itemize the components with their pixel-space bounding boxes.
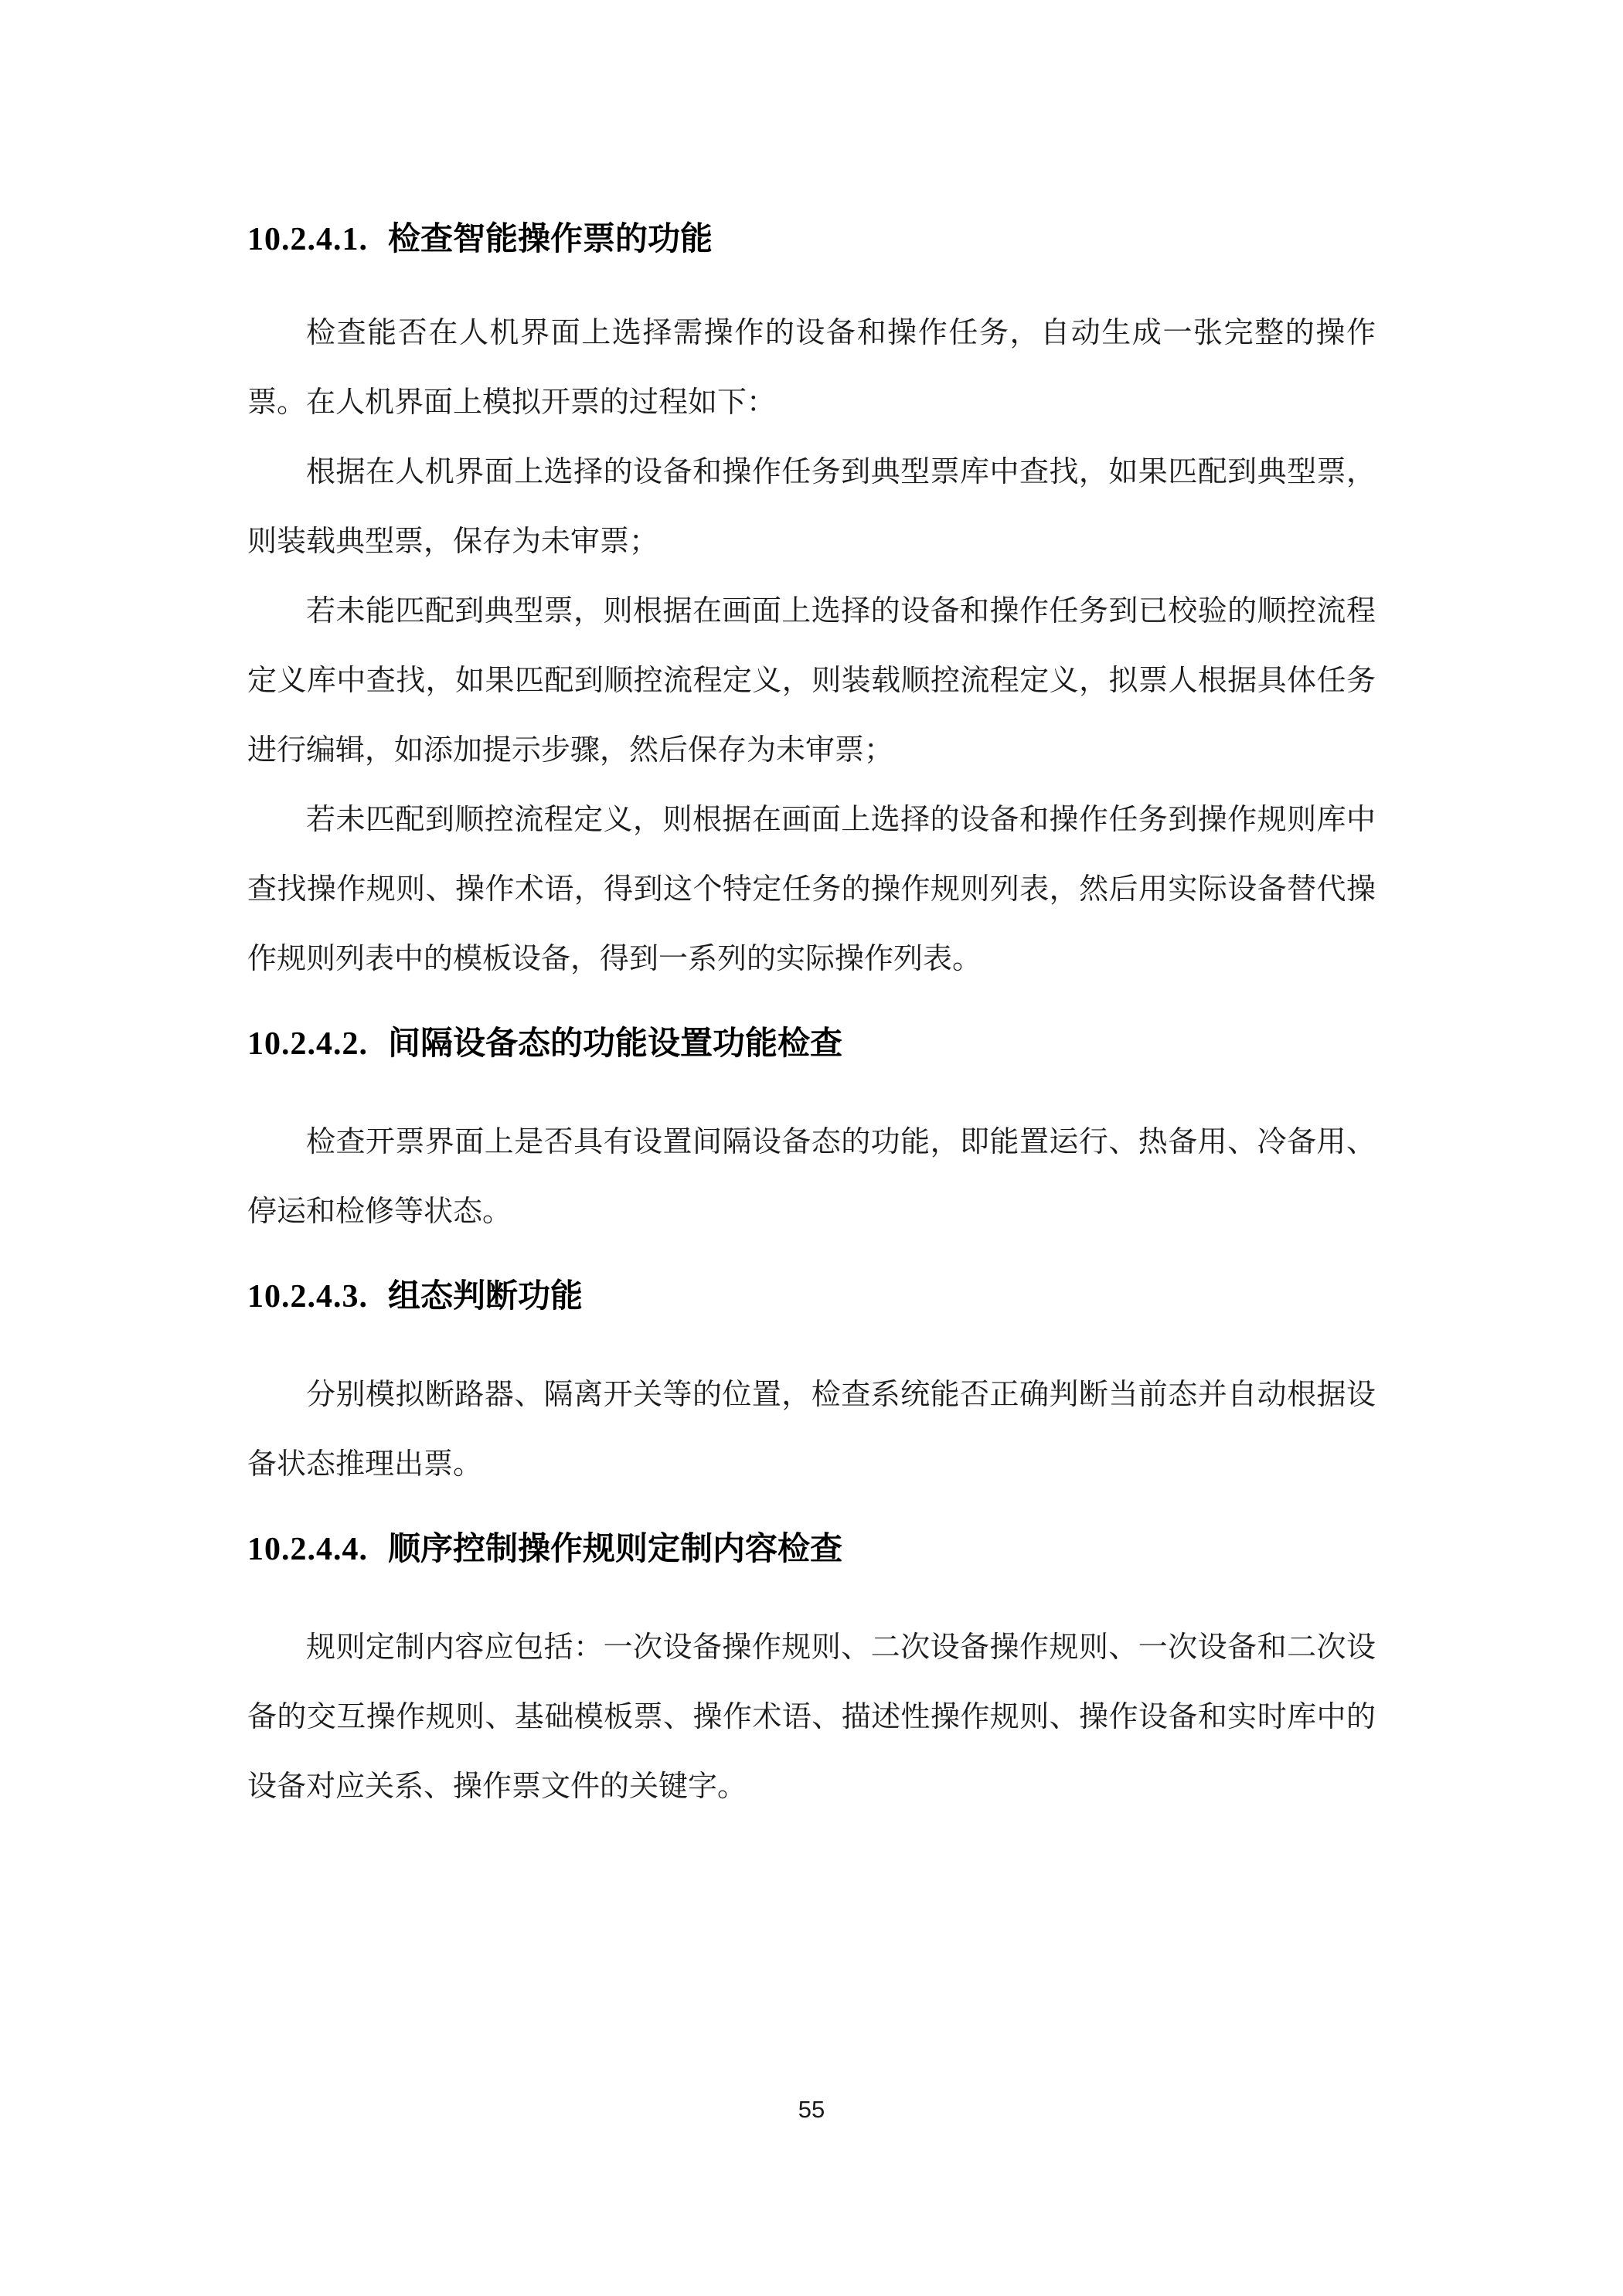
heading-title: 组态判断功能 [388, 1277, 583, 1315]
heading-number: 10.2.4.2. [247, 1026, 368, 1063]
paragraph: 若未匹配到顺控流程定义，则根据在画面上选择的设备和操作任务到操作规则库中查找操作… [247, 785, 1376, 994]
paragraph: 若未能匹配到典型票，则根据在画面上选择的设备和操作任务到已校验的顺控流程定义库中… [247, 577, 1376, 785]
section-heading-10-2-4-3: 10.2.4.3. 组态判断功能 [247, 1277, 1376, 1315]
heading-number: 10.2.4.3. [247, 1278, 368, 1315]
section-heading-10-2-4-1: 10.2.4.1. 检查智能操作票的功能 [247, 220, 1376, 258]
paragraph: 分别模拟断路器、隔离开关等的位置，检查系统能否正确判断当前态并自动根据设备状态推… [247, 1360, 1376, 1499]
heading-title: 顺序控制操作规则定制内容检查 [388, 1530, 842, 1567]
heading-number: 10.2.4.1. [247, 221, 368, 258]
heading-title: 间隔设备态的功能设置功能检查 [388, 1025, 842, 1062]
document-page: 10.2.4.1. 检查智能操作票的功能 检查能否在人机界面上选择需操作的设备和… [0, 0, 1623, 2296]
paragraph: 检查能否在人机界面上选择需操作的设备和操作任务，自动生成一张完整的操作票。在人机… [247, 298, 1376, 437]
paragraph: 规则定制内容应包括：一次设备操作规则、二次设备操作规则、一次设备和二次设备的交互… [247, 1613, 1376, 1821]
paragraph: 根据在人机界面上选择的设备和操作任务到典型票库中查找，如果匹配到典型票，则装载典… [247, 437, 1376, 577]
heading-number: 10.2.4.4. [247, 1531, 368, 1568]
document-content: 10.2.4.1. 检查智能操作票的功能 检查能否在人机界面上选择需操作的设备和… [247, 220, 1376, 1821]
heading-title: 检查智能操作票的功能 [388, 220, 713, 257]
paragraph: 检查开票界面上是否具有设置间隔设备态的功能，即能置运行、热备用、冷备用、停运和检… [247, 1107, 1376, 1247]
page-number: 55 [0, 2096, 1623, 2124]
section-heading-10-2-4-2: 10.2.4.2. 间隔设备态的功能设置功能检查 [247, 1025, 1376, 1063]
section-heading-10-2-4-4: 10.2.4.4. 顺序控制操作规则定制内容检查 [247, 1530, 1376, 1568]
